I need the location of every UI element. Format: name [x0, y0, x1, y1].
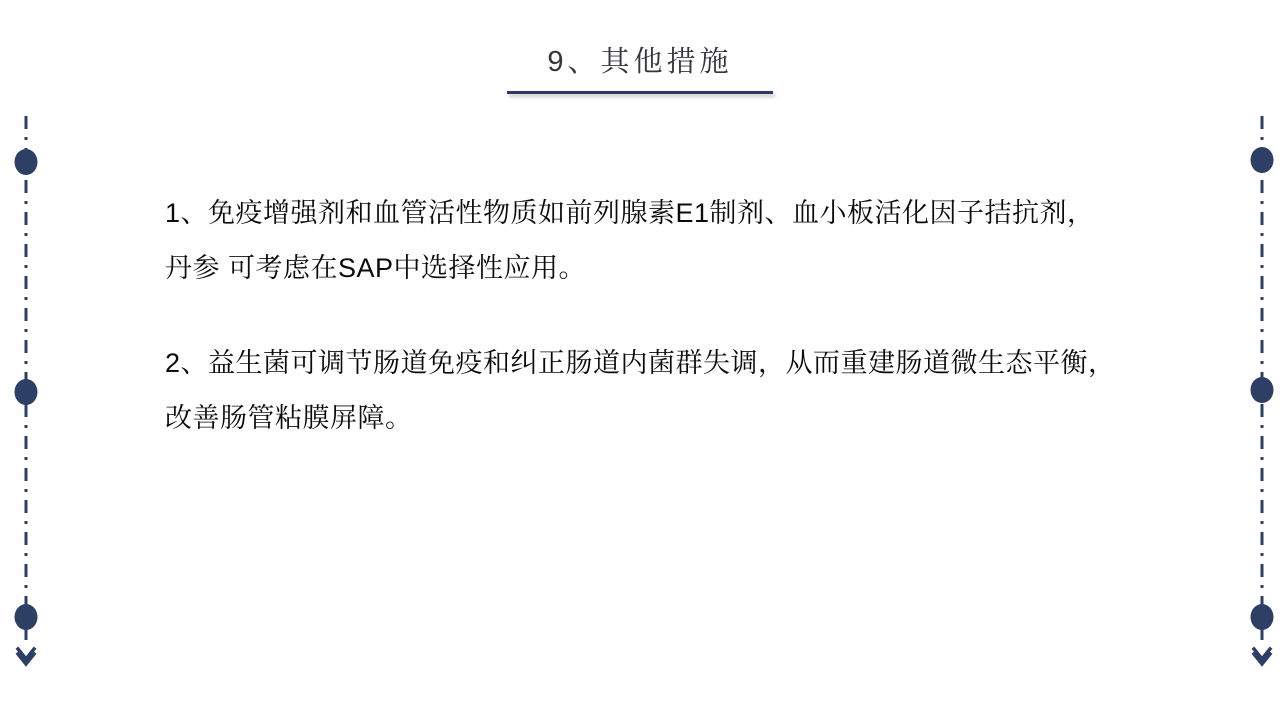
title-underline: [507, 91, 773, 94]
slide-body: 1、免疫增强剂和血管活性物质如前列腺素E1制剂、血小板活化因子拮抗剂， 丹参 可…: [165, 186, 1185, 446]
paragraph-1: 1、免疫增强剂和血管活性物质如前列腺素E1制剂、血小板活化因子拮抗剂， 丹参 可…: [165, 186, 1185, 296]
title-area: 9、其他措施: [0, 42, 1280, 82]
paragraph-2-line-1: 2、益生菌可调节肠道免疫和纠正肠道内菌群失调，从而重建肠道微生态平衡，: [165, 336, 1185, 391]
dot-icon: [15, 379, 38, 405]
left-dash-dot-line-decoration: [9, 112, 43, 682]
dot-icon: [15, 604, 38, 630]
paragraph-1-line-1: 1、免疫增强剂和血管活性物质如前列腺素E1制剂、血小板活化因子拮抗剂，: [165, 186, 1185, 241]
page-title: 9、其他措施: [547, 42, 732, 82]
slide: 9、其他措施 1、免疫增强剂和血管活性物质如前列腺素E1制剂、血小板活化因子拮抗…: [0, 0, 1280, 720]
arrow-down-icon: [1254, 649, 1270, 664]
dot-icon: [1251, 377, 1274, 403]
dot-icon: [1251, 604, 1274, 630]
paragraph-1-line-2: 丹参 可考虑在SAP中选择性应用。: [165, 241, 1185, 296]
dot-icon: [1251, 147, 1274, 173]
right-dash-dot-line-decoration: [1245, 112, 1279, 682]
paragraph-2: 2、益生菌可调节肠道免疫和纠正肠道内菌群失调，从而重建肠道微生态平衡， 改善肠管…: [165, 336, 1185, 446]
dot-icon: [15, 149, 38, 175]
arrow-down-icon: [18, 649, 34, 664]
paragraph-2-line-2: 改善肠管粘膜屏障。: [165, 391, 1185, 446]
